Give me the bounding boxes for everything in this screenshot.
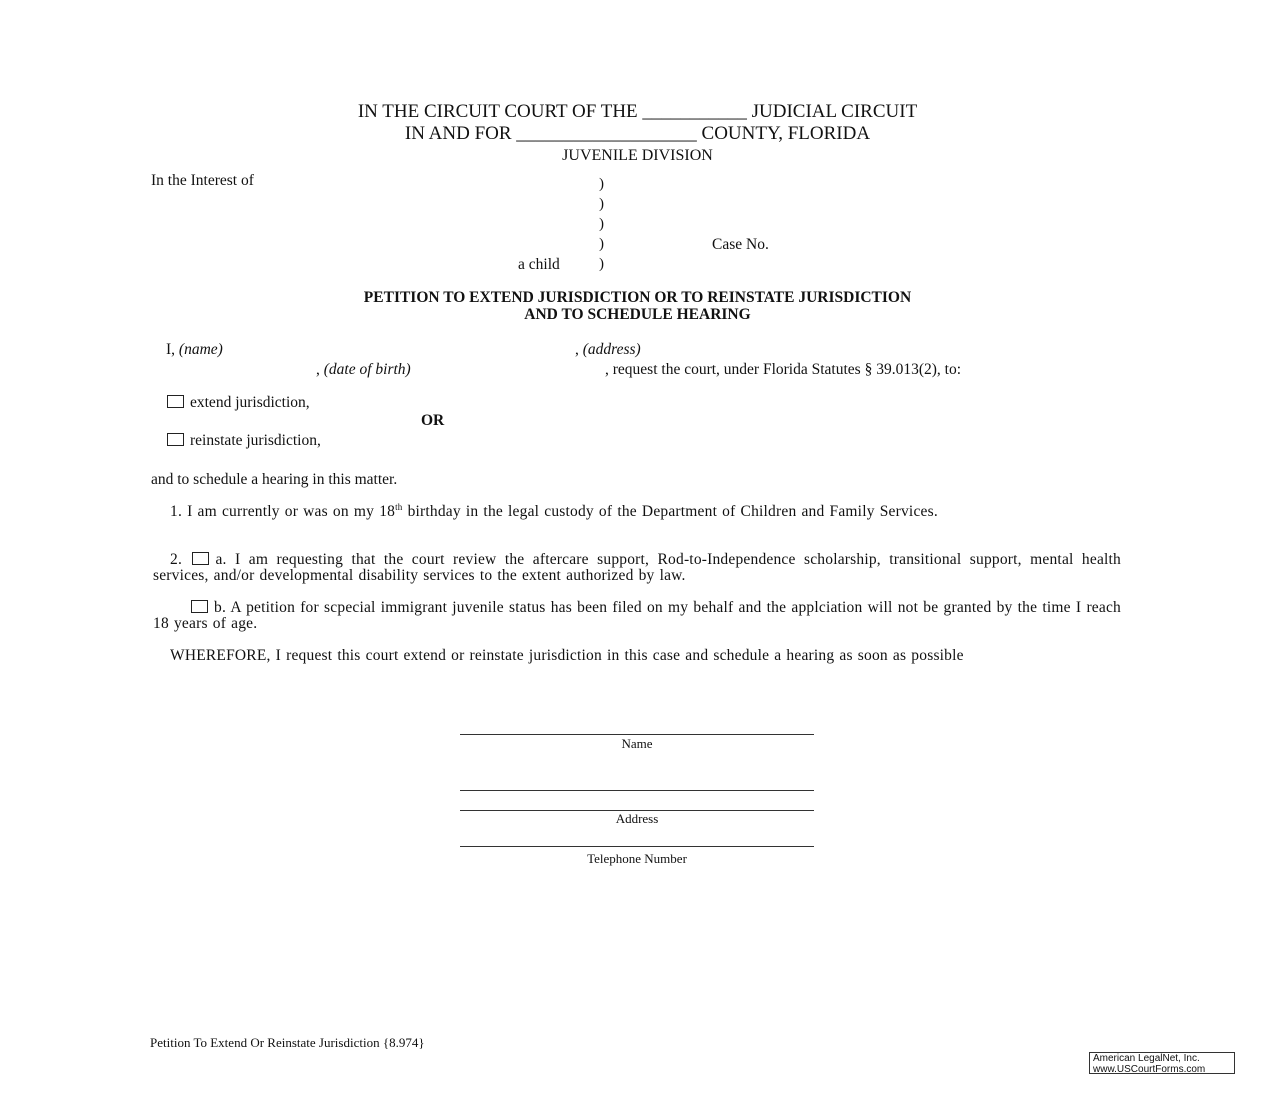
telephone-signature-label: Telephone Number — [460, 851, 814, 867]
item-2a-checkbox[interactable] — [192, 552, 209, 565]
name-placeholder: (name) — [179, 341, 223, 358]
caption-paren: ) — [599, 176, 604, 193]
caption-paren: ) — [599, 196, 604, 213]
wherefore-clause: WHEREFORE, I request this court extend o… — [153, 648, 1121, 664]
publisher-url: www.USCourtForms.com — [1093, 1065, 1231, 1076]
address-line-1[interactable] — [460, 790, 814, 791]
caption-paren: ) — [599, 236, 604, 253]
petition-title-line2: AND TO SCHEDULE HEARING — [0, 306, 1275, 324]
schedule-hearing-text: and to schedule a hearing in this matter… — [151, 471, 397, 489]
option-extend[interactable]: extend jurisdiction, — [167, 394, 310, 412]
publisher-stamp: American LegalNet, Inc. www.USCourtForms… — [1089, 1052, 1235, 1074]
option-reinstate[interactable]: reinstate jurisdiction, — [167, 432, 321, 450]
address-placeholder: (address) — [583, 341, 641, 358]
case-no-label: Case No. — [712, 236, 769, 254]
caption-paren: ) — [599, 256, 604, 273]
item-2b-checkbox[interactable] — [191, 600, 208, 613]
address-field-label: , (address) — [575, 341, 641, 359]
reinstate-checkbox[interactable] — [167, 433, 184, 446]
court-header-line1: IN THE CIRCUIT COURT OF THE ___________ … — [0, 101, 1275, 123]
item-2a: 2. a. I am requesting that the court rev… — [153, 552, 1121, 584]
dob-placeholder: (date of birth) — [324, 361, 411, 378]
court-header-line2: IN AND FOR ___________________ COUNTY, F… — [0, 123, 1275, 145]
name-signature-label: Name — [460, 736, 814, 752]
extend-checkbox[interactable] — [167, 395, 184, 408]
telephone-line[interactable] — [460, 846, 814, 847]
extend-label: extend jurisdiction, — [190, 394, 310, 411]
division-label: JUVENILE DIVISION — [0, 147, 1275, 165]
publisher-name: American LegalNet, Inc. — [1093, 1054, 1231, 1065]
name-signature-line[interactable] — [460, 734, 814, 735]
footer-form-title: Petition To Extend Or Reinstate Jurisdic… — [150, 1035, 425, 1051]
item-2b: b. A petition for scpecial immigrant juv… — [153, 600, 1121, 632]
a-child-label: a child — [518, 256, 560, 274]
in-the-interest-of-label: In the Interest of — [151, 172, 254, 190]
or-label: OR — [421, 412, 444, 430]
item-1: 1. I am currently or was on my 18th birt… — [153, 504, 1121, 520]
reinstate-label: reinstate jurisdiction, — [190, 432, 321, 449]
address-signature-label: Address — [460, 811, 814, 827]
caption-paren: ) — [599, 216, 604, 233]
petition-title-line1: PETITION TO EXTEND JURISDICTION OR TO RE… — [0, 289, 1275, 307]
dob-field-label: , (date of birth) — [316, 361, 411, 379]
request-statement: , request the court, under Florida Statu… — [605, 361, 961, 379]
name-field-label: I, (name) — [166, 341, 223, 359]
